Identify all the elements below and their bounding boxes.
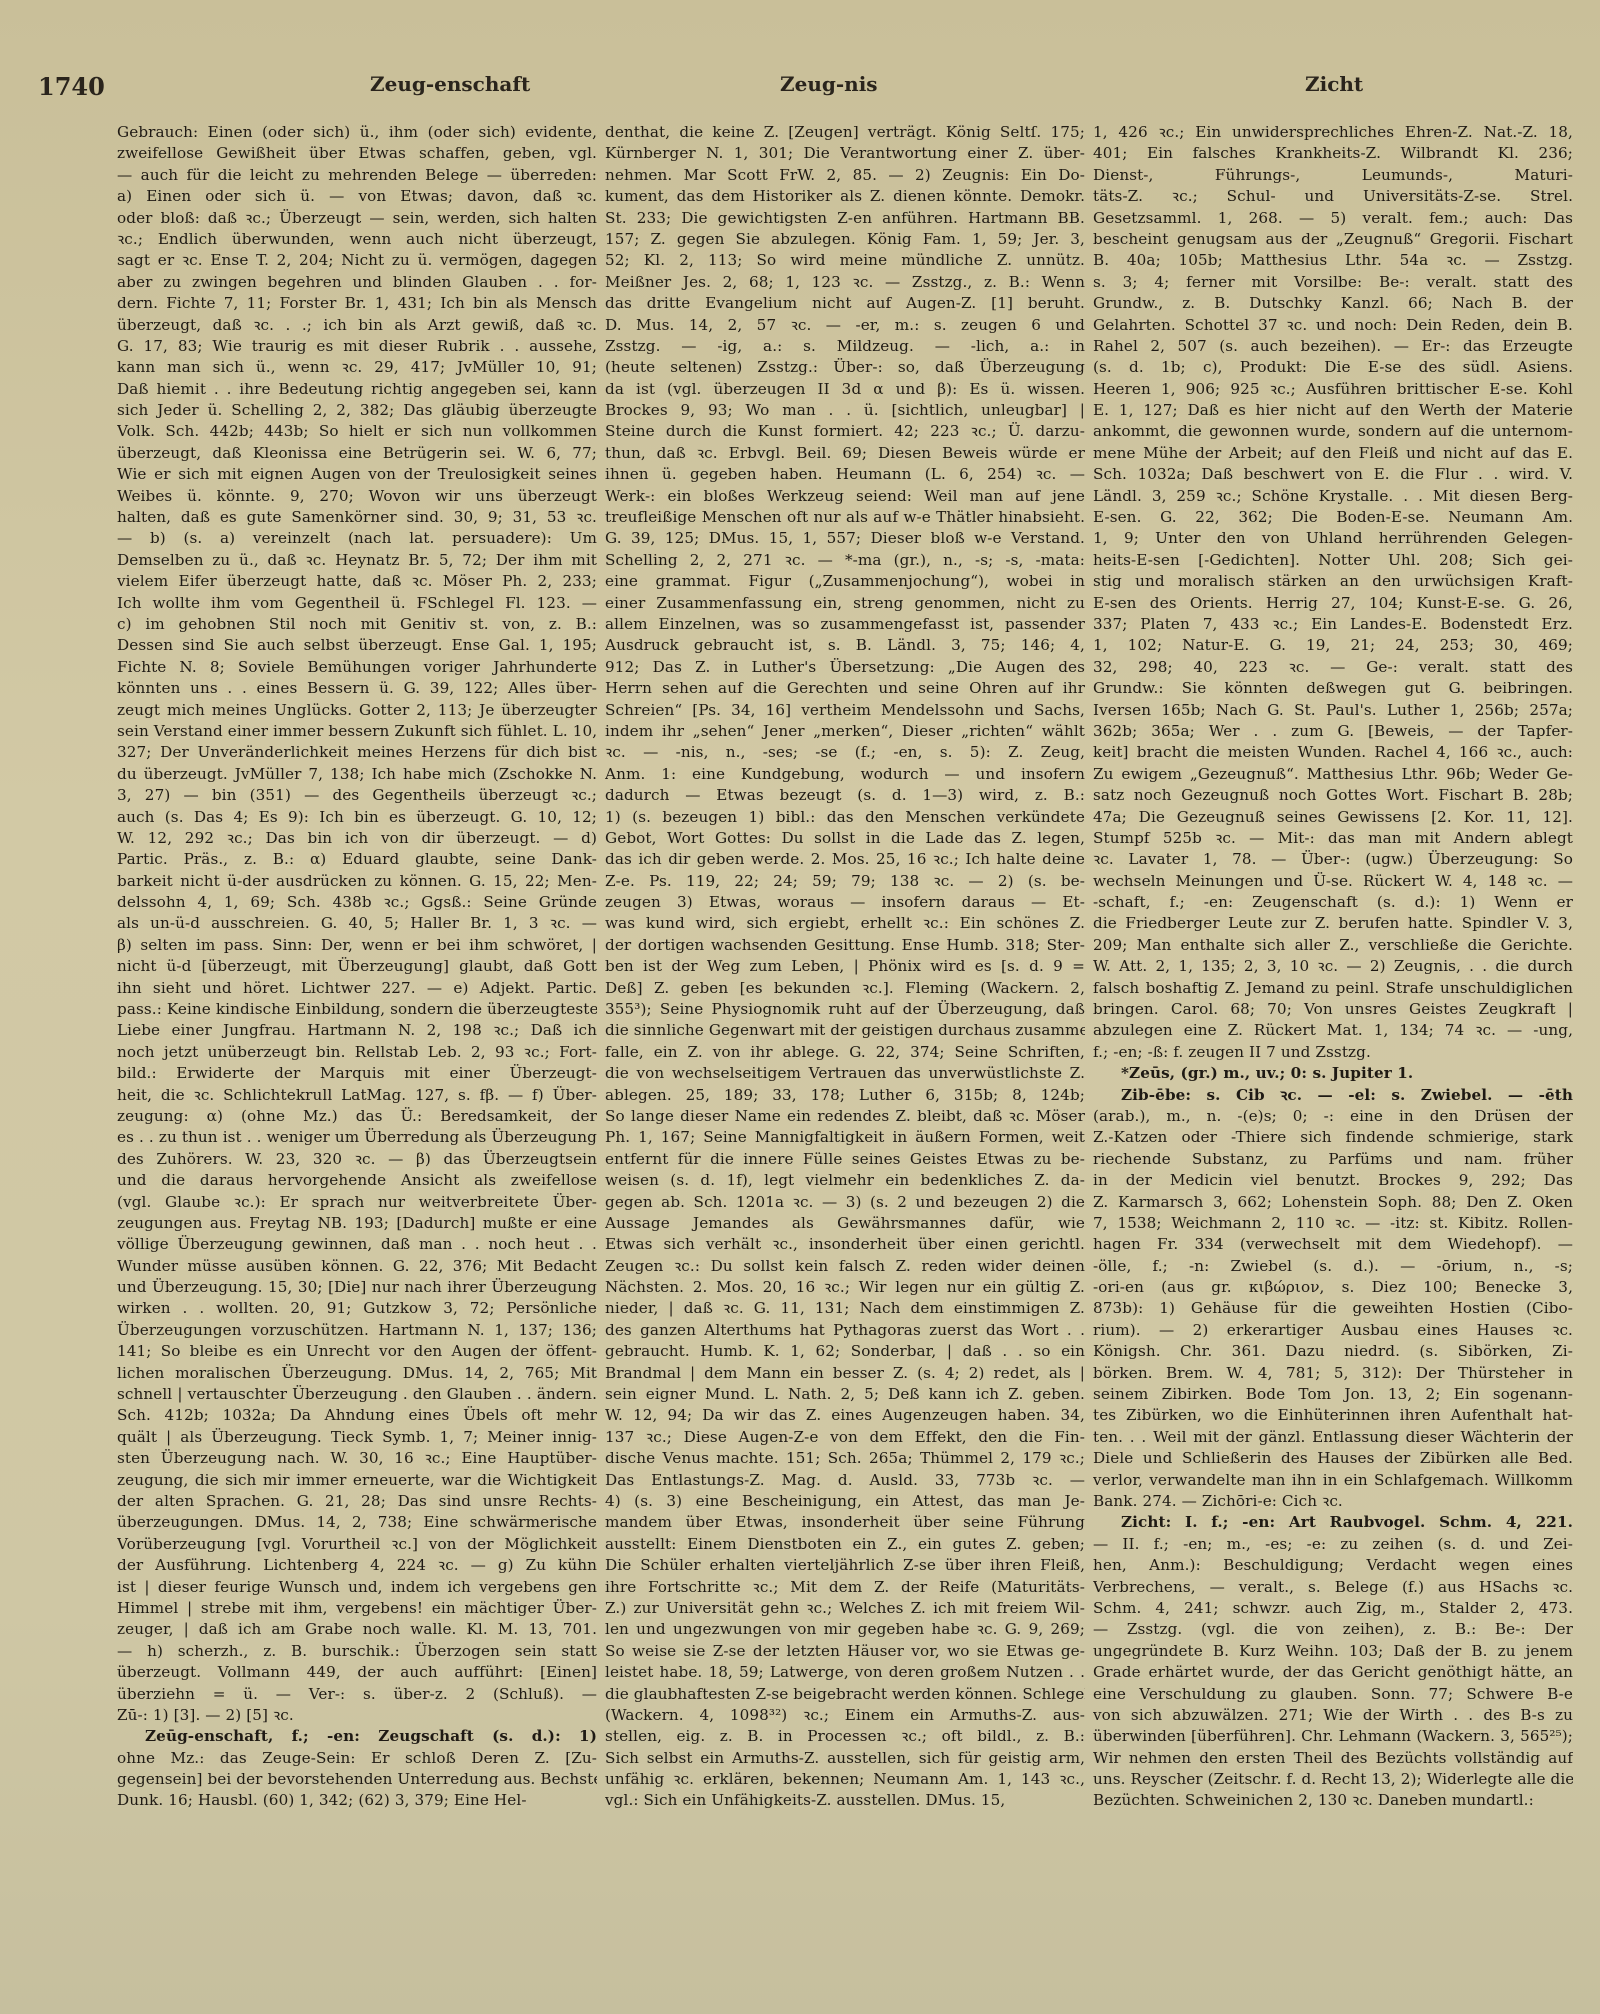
text-line: Wie er sich mit eignen Augen von der Tre… xyxy=(117,464,597,485)
text-line: ohne Mz.: das Zeuge-Sein: Er schloß Dere… xyxy=(117,1748,597,1769)
text-line: W. 12, 94; Da wir das Z. eines Augenzeug… xyxy=(605,1405,1085,1426)
text-line: (s. d. 1b; c), Produkt: Die E-se des süd… xyxy=(1093,357,1573,378)
text-line: zeugungen aus. Freytag NB. 193; [Dadurch… xyxy=(117,1213,597,1234)
text-line: rium). — 2) erkerartiger Ausbau eines Ha… xyxy=(1093,1320,1573,1341)
text-line: Zsstzg. — -ig, a.: s. Mildzeug. — -lich,… xyxy=(605,336,1085,357)
text-line: hagen Fr. 334 (verwechselt mit dem Wiede… xyxy=(1093,1234,1573,1255)
text-line: seinem Zibirken. Bode Tom Jon. 13, 2; Ei… xyxy=(1093,1384,1573,1405)
text-line: gegensein] bei der bevorstehenden Unterr… xyxy=(117,1769,597,1790)
text-line: treufleißige Menschen oft nur als auf w-… xyxy=(605,507,1085,528)
text-line: sich Jeder ü. Schelling 2, 2, 382; Das g… xyxy=(117,400,597,421)
text-line: ꝛc. Lavater 1, 78. — Über-: (ugw.) Überz… xyxy=(1093,849,1573,870)
text-line: ankommt, die gewonnen wurde, sondern auf… xyxy=(1093,421,1573,442)
text-line: Zib-ēbe: s. Cib ꝛc. — -el: s. Zwiebel. —… xyxy=(1093,1085,1573,1106)
text-line: 141; So bleibe es ein Unrecht vor den Au… xyxy=(117,1341,597,1362)
text-line: Werk-: ein bloßes Werkzeug seiend: Weil … xyxy=(605,486,1085,507)
text-line: kann man sich ü., wenn ꝛc. 29, 417; JvMü… xyxy=(117,357,597,378)
text-line: 3, 27) — bin (351) — des Gegentheils übe… xyxy=(117,785,597,806)
text-line: Anm. 1: eine Kundgebung, wodurch — und i… xyxy=(605,764,1085,785)
text-line: dern. Fichte 7, 11; Forster Br. 1, 431; … xyxy=(117,293,597,314)
text-line: überzeugt, daß ꝛc. . .; ich bin als Arzt… xyxy=(117,315,597,336)
text-line: des Zuhörers. W. 23, 320 ꝛc. — β) das Üb… xyxy=(117,1149,597,1170)
text-line: entfernt für die innere Fülle seines Gei… xyxy=(605,1149,1085,1170)
text-line: Die Schüler erhalten vierteljährlich Z-s… xyxy=(605,1555,1085,1576)
text-line: überzeugt. Vollmann 449, der auch auffüh… xyxy=(117,1662,597,1683)
text-line: Dunk. 16; Hausbl. (60) 1, 342; (62) 3, 3… xyxy=(117,1790,597,1811)
text-line: thun, daß ꝛc. Erbvgl. Beil. 69; Diesen B… xyxy=(605,443,1085,464)
text-line: Zicht: I. f.; -en: Art Raubvogel. Schm. … xyxy=(1093,1512,1573,1533)
text-line: überwinden [überführen]. Chr. Lehmann (W… xyxy=(1093,1726,1573,1747)
running-head-right: Zicht xyxy=(1305,72,1363,96)
text-line: abzulegen eine Z. Rückert Mat. 1, 134; 7… xyxy=(1093,1020,1573,1041)
text-line: E-sen des Orients. Herrig 27, 104; Kunst… xyxy=(1093,593,1573,614)
text-line: Heeren 1, 906; 925 ꝛc.; Ausführen britti… xyxy=(1093,379,1573,400)
text-line: ungegründete B. Kurz Weihn. 103; Daß der… xyxy=(1093,1641,1573,1662)
text-line: bescheint genugsam aus der „Zeugnuß“ Gre… xyxy=(1093,229,1573,250)
text-line: überzeugungen. DMus. 14, 2, 738; Eine sc… xyxy=(117,1512,597,1533)
text-line: unfähig ꝛc. erklären, bekennen; Neumann … xyxy=(605,1769,1085,1790)
text-line: kument, das dem Historiker als Z. dienen… xyxy=(605,186,1085,207)
text-line: der dortigen wachsenden Gesittung. Ense … xyxy=(605,935,1085,956)
text-line: von sich abzuwälzen. 271; Wie der Wirth … xyxy=(1093,1705,1573,1726)
text-line: Z-e. Ps. 119, 22; 24; 59; 79; 138 ꝛc. — … xyxy=(605,871,1085,892)
text-line: heits-E-sen [-Gedichten]. Notter Uhl. 20… xyxy=(1093,550,1573,571)
text-line: allem Einzelnen, was so zusammengefasst … xyxy=(605,614,1085,635)
text-line: Schreien“ [Ps. 34, 16] vertheim Mendelss… xyxy=(605,700,1085,721)
text-line: gegen ab. Sch. 1201a ꝛc. — 3) (s. 2 und … xyxy=(605,1192,1085,1213)
text-line: 1, 9; Unter den von Uhland herrührenden … xyxy=(1093,528,1573,549)
text-line: Partic. Präs., z. B.: α) Eduard glaubte,… xyxy=(117,849,597,870)
text-line: W. 12, 292 ꝛc.; Das bin ich von dir über… xyxy=(117,828,597,849)
text-line: ausstellt: Einem Dienstboten ein Z., ein… xyxy=(605,1534,1085,1555)
text-line: zeugung: α) (ohne Mz.) das Ü.: Beredsamk… xyxy=(117,1106,597,1127)
text-line: das ich dir geben werde. 2. Mos. 25, 16 … xyxy=(605,849,1085,870)
text-line: G. 17, 83; Wie traurig es mit dieser Rub… xyxy=(117,336,597,357)
text-line: verlor, verwandelte man ihn in ein Schla… xyxy=(1093,1470,1573,1491)
text-line: Grundw., z. B. Dutschky Kanzl. 66; Nach … xyxy=(1093,293,1573,314)
text-line: nicht ü-d [überzeugt, mit Überzeugung] g… xyxy=(117,956,597,977)
text-line: Diele und Schließerin des Hauses der Zib… xyxy=(1093,1448,1573,1469)
text-line: Das Entlastungs-Z. Mag. d. Ausld. 33, 77… xyxy=(605,1470,1085,1491)
text-line: Dienst-, Führungs-, Leumunds-, Maturi- xyxy=(1093,165,1573,186)
text-line: Rahel 2, 507 (s. auch bezeihen). — Er-: … xyxy=(1093,336,1573,357)
text-line: B. 40a; 105b; Matthesius Lthr. 54a ꝛc. —… xyxy=(1093,250,1573,271)
text-line: uns. Reyscher (Zeitschr. f. d. Recht 13,… xyxy=(1093,1769,1573,1790)
text-line: als un-ü-d ausschreien. G. 40, 5; Haller… xyxy=(117,913,597,934)
text-line: 362b; 365a; Wer . . zum G. [Beweis, — de… xyxy=(1093,721,1573,742)
text-line: wechseln Meinungen und Ü-se. Rückert W. … xyxy=(1093,871,1573,892)
text-line: auch (s. Das 4; Es 9): Ich bin es überze… xyxy=(117,807,597,828)
text-line: indem ihr „sehen“ Jener „merken“, Dieser… xyxy=(605,721,1085,742)
text-line: eine grammat. Figur („Zusammenjochung“),… xyxy=(605,571,1085,592)
text-line: schnell | vertauschter Überzeugung . den… xyxy=(117,1384,597,1405)
text-line: Gesetzsamml. 1, 268. — 5) veralt. fem.; … xyxy=(1093,208,1573,229)
text-line: Gelahrten. Schottel 37 ꝛc. und noch: Dei… xyxy=(1093,315,1573,336)
text-line: Z.) zur Universität gehn ꝛc.; Welches Z.… xyxy=(605,1598,1085,1619)
text-line: -schaft, f.; -en: Zeugenschaft (s. d.): … xyxy=(1093,892,1573,913)
text-line: Dessen sind Sie auch selbst überzeugt. E… xyxy=(117,635,597,656)
text-line: und Überzeugung. 15, 30; [Die] nur nach … xyxy=(117,1277,597,1298)
text-line: c) im gehobnen Stil noch mit Genitiv st.… xyxy=(117,614,597,635)
text-line: 327; Der Unveränderlichkeit meines Herze… xyxy=(117,742,597,763)
text-line: was kund wird, sich ergiebt, erhellt ꝛc.… xyxy=(605,913,1085,934)
text-line: St. 233; Die gewichtigsten Z-en anführen… xyxy=(605,208,1085,229)
text-line: 32, 298; 40, 223 ꝛc. — Ge-: veralt. stat… xyxy=(1093,657,1573,678)
text-line: Weibes ü. könnte. 9, 270; Wovon wir uns … xyxy=(117,486,597,507)
text-line: Überzeugungen vorzuschützen. Hartmann N.… xyxy=(117,1320,597,1341)
text-line: s. 3; 4; ferner mit Vorsilbe: Be-: veral… xyxy=(1093,272,1573,293)
text-line: wirken . . wollten. 20, 91; Gutzkow 3, 7… xyxy=(117,1298,597,1319)
text-line: Z. Karmarsch 3, 662; Lohenstein Soph. 88… xyxy=(1093,1192,1573,1213)
text-line: eine Verschuldung zu glauben. Sonn. 77; … xyxy=(1093,1684,1573,1705)
text-line: nieder, | daß ꝛc. G. 11, 131; Nach dem e… xyxy=(605,1298,1085,1319)
text-line: Ich wollte ihm vom Gegentheil ü. FSchleg… xyxy=(117,593,597,614)
text-line: ihnen ü. gegeben haben. Heumann (L. 6, 2… xyxy=(605,464,1085,485)
text-line: 1) (s. bezeugen 1) bibl.: das den Mensch… xyxy=(605,807,1085,828)
text-line: Brandmal | dem Mann ein besser Z. (s. 4;… xyxy=(605,1363,1085,1384)
text-line: Herrn sehen auf die Gerechten und seine … xyxy=(605,678,1085,699)
text-line: 209; Man enthalte sich aller Z., verschl… xyxy=(1093,935,1573,956)
text-line: Schelling 2, 2, 271 ꝛc. — *-ma (gr.), n.… xyxy=(605,550,1085,571)
text-line: Sich selbst ein Armuths-Z. ausstellen, s… xyxy=(605,1748,1085,1769)
text-line: -ölle, f.; -n: Zwiebel (s. d.). — -ōrium… xyxy=(1093,1256,1573,1277)
text-line: ten. . . Weil mit der gänzl. Entlassung … xyxy=(1093,1427,1573,1448)
text-line: oder bloß: daß ꝛc.; Überzeugt — sein, we… xyxy=(117,208,597,229)
text-line: Zu ewigem „Gezeugnuß“. Matthesius Lthr. … xyxy=(1093,764,1573,785)
text-line: zeugen 3) Etwas, woraus — insofern darau… xyxy=(605,892,1085,913)
text-line: Demselben zu ü., daß ꝛc. Heynatz Br. 5, … xyxy=(117,550,597,571)
text-line: — Zsstzg. (vgl. die von zeihen), z. B.: … xyxy=(1093,1619,1573,1640)
dictionary-page: 1740 Zeug-enschaft Zeug-nis Zicht Gebrau… xyxy=(0,0,1600,2014)
text-line: und die daraus hervorgehende Ansicht als… xyxy=(117,1170,597,1191)
text-line: 52; Kl. 2, 113; So wird meine mündliche … xyxy=(605,250,1085,271)
text-line: zweifellose Gewißheit über Etwas schaffe… xyxy=(117,143,597,164)
text-line: in der Medicin viel benutzt. Brockes 9, … xyxy=(1093,1170,1573,1191)
text-line: pass.: Keine kindische Einbildung, sonde… xyxy=(117,999,597,1020)
text-line: Steine durch die Kunst formiert. 42; 223… xyxy=(605,421,1085,442)
text-line: keit] bracht die meisten Wunden. Rachel … xyxy=(1093,742,1573,763)
text-line: zeugung, die sich mir immer erneuerte, w… xyxy=(117,1470,597,1491)
text-line: Stumpf 525b ꝛc. — Mit-: das man mit Ande… xyxy=(1093,828,1573,849)
text-column-2: denthat, die keine Z. [Zeugen] verträgt.… xyxy=(605,122,1085,1812)
text-line: Gebrauch: Einen (oder sich) ü., ihm (ode… xyxy=(117,122,597,143)
text-line: ist | dieser feurige Wunsch und, indem i… xyxy=(117,1577,597,1598)
text-line: lichen moralischen Überzeugung. DMus. 14… xyxy=(117,1363,597,1384)
text-line: du überzeugt. JvMüller 7, 138; Ich habe … xyxy=(117,764,597,785)
text-line: Z.-Katzen oder -Thiere sich findende sch… xyxy=(1093,1127,1573,1148)
text-line: ꝛc.; Endlich überwunden, wenn auch nicht… xyxy=(117,229,597,250)
text-line: 47a; Die Gezeugnuß seines Gewissens [2. … xyxy=(1093,807,1573,828)
text-line: noch jetzt unüberzeugt bin. Rellstab Leb… xyxy=(117,1042,597,1063)
text-line: ben ist der Weg zum Leben, | Phönix wird… xyxy=(605,956,1085,977)
text-line: Ausdruck gebraucht ist, s. B. Ländl. 3, … xyxy=(605,635,1085,656)
text-line: Brockes 9, 93; Wo man . . ü. [sichtlich,… xyxy=(605,400,1085,421)
text-line: dische Venus machte. 151; Sch. 265a; Thü… xyxy=(605,1448,1085,1469)
text-line: Zeugen ꝛc.: Du sollst kein falsch Z. red… xyxy=(605,1256,1085,1277)
text-line: (heute seltenen) Zsstzg.: Über-: so, daß… xyxy=(605,357,1085,378)
text-line: aber zu zwingen begehren und blinden Gla… xyxy=(117,272,597,293)
text-line: Bank. 274. — Zichōri-e: Cich ꝛc. xyxy=(1093,1491,1573,1512)
text-line: 1, 426 ꝛc.; Ein unwidersprechliches Ehre… xyxy=(1093,122,1573,143)
text-line: 7, 1538; Weichmann 2, 110 ꝛc. — -itz: st… xyxy=(1093,1213,1573,1234)
text-line: es . . zu thun ist . . weniger um Überre… xyxy=(117,1127,597,1148)
text-line: der Ausführung. Lichtenberg 4, 224 ꝛc. —… xyxy=(117,1555,597,1576)
text-line: (Wackern. 4, 1098³²) ꝛc.; Einem ein Armu… xyxy=(605,1705,1085,1726)
text-line: Sch. 412b; 1032a; Da Ahndung eines Übels… xyxy=(117,1405,597,1426)
text-line: (arab.), m., n. -(e)s; 0; -: eine in den… xyxy=(1093,1106,1573,1127)
text-line: Liebe einer Jungfrau. Hartmann N. 2, 198… xyxy=(117,1020,597,1041)
text-line: da ist (vgl. überzeugen II 3d α und β): … xyxy=(605,379,1085,400)
text-line: riechende Substanz, zu Parfüms und nam. … xyxy=(1093,1149,1573,1170)
text-column-3: 1, 426 ꝛc.; Ein unwidersprechliches Ehre… xyxy=(1093,122,1573,1812)
text-line: satz noch Gezeugnuß noch Gottes Wort. Fi… xyxy=(1093,785,1573,806)
text-line: Zeūg-enschaft, f.; -en: Zeugschaft (s. d… xyxy=(117,1726,597,1747)
text-line: barkeit nicht ü-der ausdrücken zu können… xyxy=(117,871,597,892)
text-line: einer Zusammenfassung ein, streng genomm… xyxy=(605,593,1085,614)
text-line: vielem Eifer überzeugt hatte, daß ꝛc. Mö… xyxy=(117,571,597,592)
text-line: Grade erhärtet wurde, der das Gericht ge… xyxy=(1093,1662,1573,1683)
text-line: Himmel | strebe mit ihm, vergebens! ein … xyxy=(117,1598,597,1619)
text-line: *Zeūs, (gr.) m., uv.; 0: s. Jupiter 1. xyxy=(1093,1063,1573,1084)
text-line: Zū-: 1) [3]. — 2) [5] ꝛc. xyxy=(117,1705,597,1726)
text-line: Nächsten. 2. Mos. 20, 16 ꝛc.; Wir legen … xyxy=(605,1277,1085,1298)
text-line: zeuger, | daß ich am Grabe noch walle. K… xyxy=(117,1619,597,1640)
text-line: 873b): 1) Gehäuse für die geweihten Host… xyxy=(1093,1298,1573,1319)
text-line: Vorüberzeugung [vgl. Vorurtheil ꝛc.] von… xyxy=(117,1534,597,1555)
text-line: bringen. Carol. 68; 70; Von unsres Geist… xyxy=(1093,999,1573,1020)
text-line: börken. Brem. W. 4, 781; 5, 312): Der Th… xyxy=(1093,1363,1573,1384)
text-line: Meißner Jes. 2, 68; 1, 123 ꝛc. — Zsstzg.… xyxy=(605,272,1085,293)
text-line: sagt er ꝛc. Ense T. 2, 204; Nicht zu ü. … xyxy=(117,250,597,271)
text-line: Volk. Sch. 442b; 443b; So hielt er sich … xyxy=(117,421,597,442)
text-line: 137 ꝛc.; Diese Augen-Z-e von dem Effekt,… xyxy=(605,1427,1085,1448)
text-line: Sch. 1032a; Daß beschwert von E. die Flu… xyxy=(1093,464,1573,485)
text-line: heit, die ꝛc. Schlichtekrull LatMag. 127… xyxy=(117,1085,597,1106)
text-line: Etwas sich verhält ꝛc., insonderheit übe… xyxy=(605,1234,1085,1255)
text-line: sein eigner Mund. L. Nath. 2, 5; Deß kan… xyxy=(605,1384,1085,1405)
text-line: falle, ein Z. von ihr ablege. G. 22, 374… xyxy=(605,1042,1085,1063)
text-line: mene Mühe der Arbeit; auf den Fleiß und … xyxy=(1093,443,1573,464)
text-line: die von wechselseitigem Vertrauen das un… xyxy=(605,1063,1085,1084)
text-line: E-sen. G. 22, 362; Die Boden-E-se. Neuma… xyxy=(1093,507,1573,528)
text-line: halten, daß es gute Samenkörner sind. 30… xyxy=(117,507,597,528)
text-line: Iversen 165b; Nach G. St. Paul's. Luther… xyxy=(1093,700,1573,721)
text-line: die sinnliche Gegenwart mit der geistige… xyxy=(605,1020,1085,1041)
text-line: überziehn = ü. — Ver-: s. über-z. 2 (Sch… xyxy=(117,1684,597,1705)
text-line: delssohn 4, 1, 69; Sch. 438b ꝛc.; Ggsß.:… xyxy=(117,892,597,913)
text-line: überzeugt, daß Kleonissa eine Betrügerin… xyxy=(117,443,597,464)
text-line: — h) scherzh., z. B. burschik.: Überzoge… xyxy=(117,1641,597,1662)
text-line: (vgl. Glaube ꝛc.): Er sprach nur weitver… xyxy=(117,1192,597,1213)
text-line: 1, 102; Natur-E. G. 19, 21; 24, 253; 30,… xyxy=(1093,635,1573,656)
text-line: mandem über Etwas, insonderheit über sei… xyxy=(605,1512,1085,1533)
text-line: Aussage Jemandes als Gewährsmannes dafür… xyxy=(605,1213,1085,1234)
text-line: E. 1, 127; Daß es hier nicht auf den Wer… xyxy=(1093,400,1573,421)
text-line: Wunder müsse ausüben können. G. 22, 376;… xyxy=(117,1256,597,1277)
text-line: 401; Ein falsches Krankheits-Z. Wilbrand… xyxy=(1093,143,1573,164)
text-line: Ph. 1, 167; Seine Mannigfaltigkeit in äu… xyxy=(605,1127,1085,1148)
text-line: zeugt mich meines Unglücks. Gotter 2, 11… xyxy=(117,700,597,721)
text-line: So lange dieser Name ein redendes Z. ble… xyxy=(605,1106,1085,1127)
text-line: ihn sieht und höret. Lichtwer 227. — e) … xyxy=(117,978,597,999)
text-line: 355³); Seine Physiognomik ruht auf der Ü… xyxy=(605,999,1085,1020)
text-line: denthat, die keine Z. [Zeugen] verträgt.… xyxy=(605,122,1085,143)
running-head-center: Zeug-nis xyxy=(780,72,878,96)
text-line: ablegen. 25, 189; 33, 178; Luther 6, 315… xyxy=(605,1085,1085,1106)
text-line: die glaubhaftesten Z-se beigebracht werd… xyxy=(605,1684,1085,1705)
text-line: 4) (s. 3) eine Bescheinigung, ein Attest… xyxy=(605,1491,1085,1512)
text-line: sein Verstand einer immer bessern Zukunf… xyxy=(117,721,597,742)
text-line: f.; -en; -ß: f. zeugen II 7 und Zsstzg. xyxy=(1093,1042,1573,1063)
text-line: gebraucht. Humb. K. 1, 62; Sonderbar, | … xyxy=(605,1341,1085,1362)
text-line: falsch boshaftig Z. Jemand zu peinl. Str… xyxy=(1093,978,1573,999)
text-line: der alten Sprachen. G. 21, 28; Das sind … xyxy=(117,1491,597,1512)
text-line: stig und moralisch stärken an den urwüch… xyxy=(1093,571,1573,592)
running-head-left: Zeug-enschaft xyxy=(370,72,530,96)
text-line: 912; Das Z. in Luther's Übersetzung: „Di… xyxy=(605,657,1085,678)
text-line: könnten uns . . eines Bessern ü. G. 39, … xyxy=(117,678,597,699)
text-column-1: Gebrauch: Einen (oder sich) ü., ihm (ode… xyxy=(117,122,597,1812)
text-line: W. Att. 2, 1, 135; 2, 3, 10 ꝛc. — 2) Zeu… xyxy=(1093,956,1573,977)
text-line: ihre Fortschritte ꝛc.; Mit dem Z. der Re… xyxy=(605,1577,1085,1598)
text-line: Daß hiemit . . ihre Bedeutung richtig an… xyxy=(117,379,597,400)
text-line: len und ungezwungen von mir gegeben habe… xyxy=(605,1619,1085,1640)
text-line: weisen (s. d. 1f), legt vielmehr ein bed… xyxy=(605,1170,1085,1191)
text-line: das dritte Evangelium nicht auf Augen-Z.… xyxy=(605,293,1085,314)
text-line: tes Zibürken, wo die Einhüterinnen ihren… xyxy=(1093,1405,1573,1426)
text-line: Gebot, Wort Gottes: Du sollst in die Lad… xyxy=(605,828,1085,849)
text-line: quält | als Überzeugung. Tieck Symb. 1, … xyxy=(117,1427,597,1448)
text-line: stellen, eig. z. B. in Processen ꝛc.; of… xyxy=(605,1726,1085,1747)
text-line: — b) (s. a) vereinzelt (nach lat. persua… xyxy=(117,528,597,549)
text-line: Schm. 4, 241; schwzr. auch Zig, m., Stal… xyxy=(1093,1598,1573,1619)
text-line: D. Mus. 14, 2, 57 ꝛc. — -er, m.: s. zeug… xyxy=(605,315,1085,336)
text-line: Wir nehmen den ersten Theil des Bezüchts… xyxy=(1093,1748,1573,1769)
text-line: dadurch — Etwas bezeugt (s. d. 1—3) wird… xyxy=(605,785,1085,806)
text-line: Deß] Z. geben [es bekunden ꝛc.]. Fleming… xyxy=(605,978,1085,999)
text-line: Verbrechens, — veralt., s. Belege (f.) a… xyxy=(1093,1577,1573,1598)
text-line: bild.: Erwiderte der Marquis mit einer Ü… xyxy=(117,1063,597,1084)
text-line: 337; Platen 7, 433 ꝛc.; Ein Landes-E. Bo… xyxy=(1093,614,1573,635)
text-line: — II. f.; -en; m., -es; -e: zu zeihen (s… xyxy=(1093,1534,1573,1555)
text-line: des ganzen Alterthums hat Pythagoras zue… xyxy=(605,1320,1085,1341)
text-line: völlige Überzeugung gewinnen, daß man . … xyxy=(117,1234,597,1255)
text-line: hen, Anm.): Beschuldigung; Verdacht wege… xyxy=(1093,1555,1573,1576)
text-line: ꝛc. — -nis, n., -ses; -se (f.; -en, s. 5… xyxy=(605,742,1085,763)
text-line: So weise sie Z-se der letzten Häuser vor… xyxy=(605,1641,1085,1662)
text-line: sten Überzeugung nach. W. 30, 16 ꝛc.; Ei… xyxy=(117,1448,597,1469)
text-line: G. 39, 125; DMus. 15, 1, 557; Dieser blo… xyxy=(605,528,1085,549)
text-line: Fichte N. 8; Soviele Bemühungen voriger … xyxy=(117,657,597,678)
text-line: -ori-en (aus gr. κιβώριον, s. Diez 100; … xyxy=(1093,1277,1573,1298)
text-line: 157; Z. gegen Sie abzulegen. König Fam. … xyxy=(605,229,1085,250)
text-line: Bezüchten. Schweinichen 2, 130 ꝛc. Daneb… xyxy=(1093,1790,1573,1811)
text-line: a) Einen oder sich ü. — von Etwas; davon… xyxy=(117,186,597,207)
text-line: — auch für die leicht zu mehrenden Beleg… xyxy=(117,165,597,186)
text-line: β) selten im pass. Sinn: Der, wenn er be… xyxy=(117,935,597,956)
page-number: 1740 xyxy=(38,72,105,101)
text-line: leistet habe. 18, 59; Latwerge, von dere… xyxy=(605,1662,1085,1683)
running-head: 1740 Zeug-enschaft Zeug-nis Zicht xyxy=(0,72,1600,112)
text-line: nehmen. Mar Scott FrW. 2, 85. — 2) Zeugn… xyxy=(605,165,1085,186)
text-line: täts-Z. ꝛc.; Schul- und Universitäts-Z-s… xyxy=(1093,186,1573,207)
text-line: Grundw.: Sie könnten deßwegen gut G. bei… xyxy=(1093,678,1573,699)
text-line: Königsh. Chr. 361. Dazu niedrd. (s. Sibö… xyxy=(1093,1341,1573,1362)
text-line: vgl.: Sich ein Unfähigkeits-Z. ausstelle… xyxy=(605,1790,1085,1811)
text-line: die Friedberger Leute zur Z. berufen hat… xyxy=(1093,913,1573,934)
text-line: Ländl. 3, 259 ꝛc.; Schöne Krystalle. . .… xyxy=(1093,486,1573,507)
text-line: Kürnberger N. 1, 301; Die Verantwortung … xyxy=(605,143,1085,164)
